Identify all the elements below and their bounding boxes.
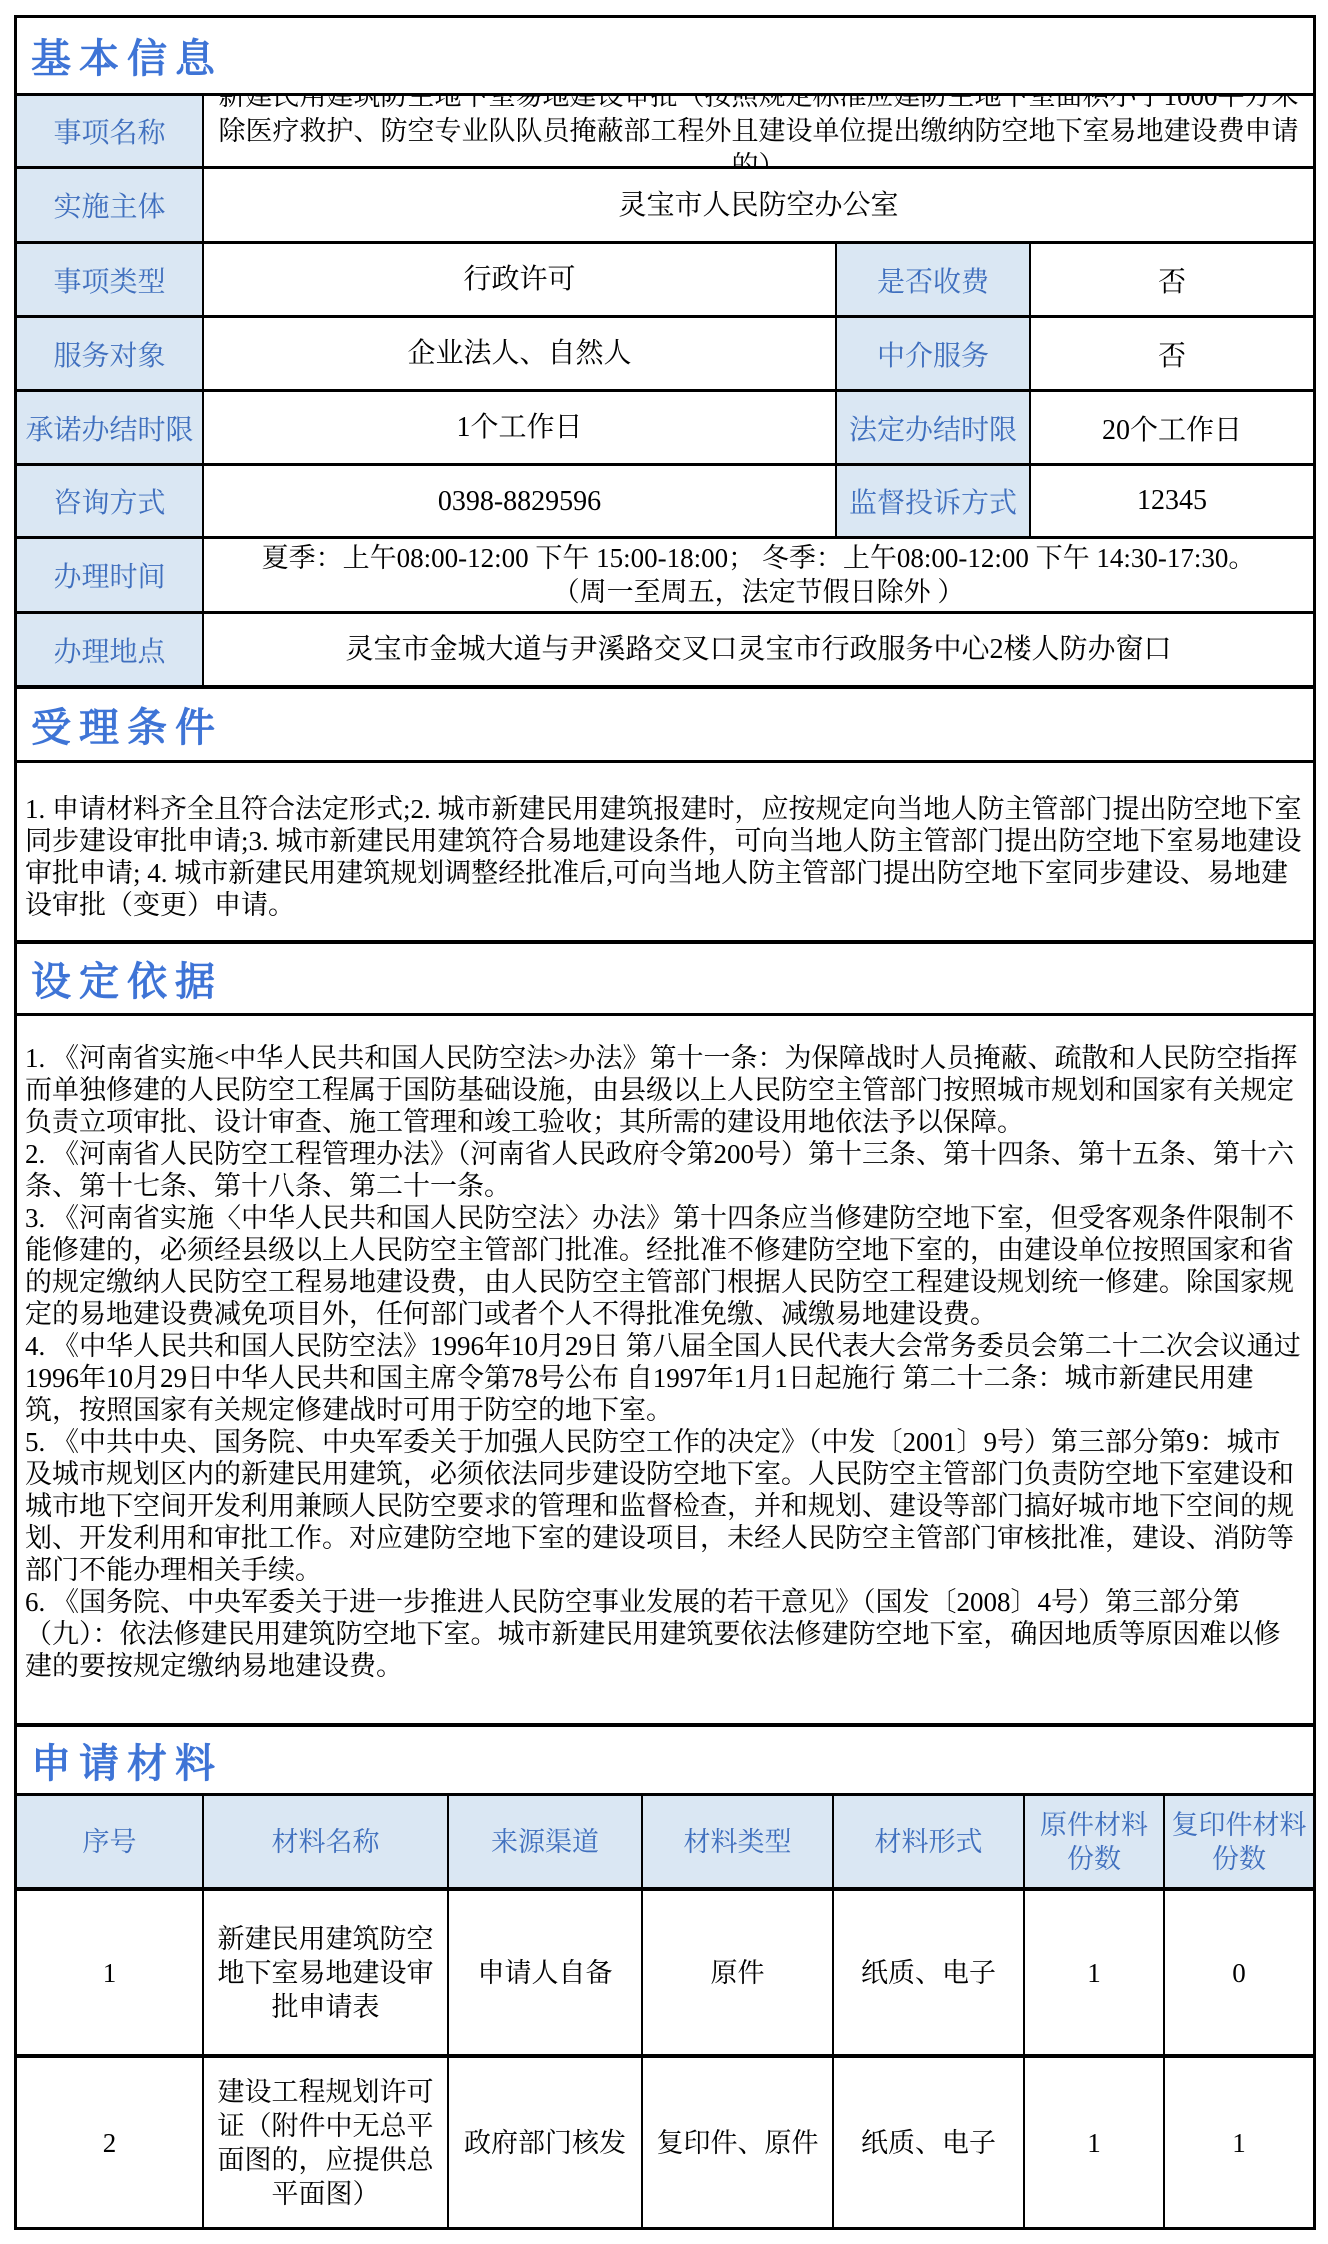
- label-item-type: 事项类型: [17, 244, 202, 315]
- material-2-form: 纸质、电子: [832, 2058, 1023, 2227]
- section-title-application-materials: 申请材料: [31, 1732, 223, 1789]
- label-service-target: 服务对象: [17, 318, 202, 389]
- legal-basis-item-6: 6. 《国务院、中央军委关于进一步推进人民防空事业发展的若干意见》（国发〔200…: [25, 1586, 1305, 1682]
- header-source-channel: 来源渠道: [447, 1796, 641, 1887]
- material-1-name: 新建民用建筑防空地下室易地建设审批申请表: [202, 1891, 447, 2054]
- label-implementing-body: 实施主体: [17, 169, 202, 241]
- legal-basis-item-2: 2. 《河南省人民防空工程管理办法》（河南省人民政府令第200号）第十三条、第十…: [25, 1138, 1305, 1202]
- legal-basis-item-3: 3. 《河南省实施〈中华人民共和国人民防空法〉办法》第十四条应当修建防空地下室，…: [25, 1202, 1305, 1330]
- handling-time-line-2: （周一至周五，法定节假日除外 ）: [553, 575, 965, 609]
- header-photocopy-copies: 复印件材料份数: [1163, 1796, 1313, 1887]
- material-2-type: 复印件、原件: [641, 2058, 832, 2227]
- row-promised-time-limit: 承诺办结时限 1个工作日 法定办结时限 20个工作日: [17, 389, 1313, 463]
- value-item-type: 行政许可: [202, 244, 835, 315]
- row-item-name: 事项名称 新建民用建筑防空地下室易地建设审批（按照规定标准应建防空地下室面积小于…: [17, 93, 1313, 166]
- header-material-type: 材料类型: [641, 1796, 832, 1887]
- value-fee-charged: 否: [1029, 244, 1313, 315]
- acceptance-conditions-content-row: 1. 申请材料齐全且符合法定形式;2. 城市新建民用建筑报建时，应按规定向当地人…: [17, 760, 1313, 940]
- material-1-source: 申请人自备: [447, 1891, 641, 2054]
- legal-basis-item-4: 4. 《中华人民共和国人民防空法》1996年10月29日 第八届全国人民代表大会…: [25, 1330, 1305, 1426]
- material-2-seq: 2: [17, 2058, 202, 2227]
- document-table: 基本信息 事项名称 新建民用建筑防空地下室易地建设审批（按照规定标准应建防空地下…: [14, 15, 1316, 2230]
- label-statutory-time-limit: 法定办结时限: [835, 392, 1029, 463]
- label-promised-time-limit: 承诺办结时限: [17, 392, 202, 463]
- material-1-type: 原件: [641, 1891, 832, 2054]
- materials-table-header-row: 序号 材料名称 来源渠道 材料类型 材料形式 原件材料份数 复印件材料份数: [17, 1793, 1313, 1887]
- label-consultation-method: 咨询方式: [17, 466, 202, 536]
- value-service-target: 企业法人、自然人: [202, 318, 835, 389]
- label-fee-charged: 是否收费: [835, 244, 1029, 315]
- section-title-basic-info: 基本信息: [31, 27, 223, 84]
- value-handling-location: 灵宝市金城大道与尹溪路交叉口灵宝市行政服务中心2楼人防办窗口: [202, 614, 1313, 685]
- material-2-source: 政府部门核发: [447, 2058, 641, 2227]
- materials-table-row-2: 2 建设工程规划许可证（附件中无总平面图的，应提供总平面图） 政府部门核发 复印…: [17, 2054, 1313, 2227]
- legal-basis-item-5: 5. 《中共中央、国务院、中央军委关于加强人民防空工作的决定》（中发〔2001〕…: [25, 1426, 1305, 1586]
- handling-time-line-1: 夏季：上午08:00-12:00 下午 15:00-18:00； 冬季：上午08…: [262, 541, 1256, 575]
- legal-basis-content-row: 1. 《河南省实施<中华人民共和国人民防空法>办法》第十一条：为保障战时人员掩蔽…: [17, 1013, 1313, 1723]
- material-1-seq: 1: [17, 1891, 202, 2054]
- material-1-form: 纸质、电子: [832, 1891, 1023, 2054]
- material-1-original-count: 1: [1023, 1891, 1163, 2054]
- header-material-name: 材料名称: [202, 1796, 447, 1887]
- row-handling-time: 办理时间 夏季：上午08:00-12:00 下午 15:00-18:00； 冬季…: [17, 536, 1313, 611]
- header-material-form: 材料形式: [832, 1796, 1023, 1887]
- row-implementing-body: 实施主体 灵宝市人民防空办公室: [17, 166, 1313, 241]
- section-legal-basis-title-row: 设定依据: [17, 940, 1313, 1013]
- value-supervision-hotline: 12345: [1029, 466, 1313, 536]
- label-supervision-complaint: 监督投诉方式: [835, 466, 1029, 536]
- row-consultation-method: 咨询方式 0398-8829596 监督投诉方式 12345: [17, 463, 1313, 536]
- materials-table-row-1: 1 新建民用建筑防空地下室易地建设审批申请表 申请人自备 原件 纸质、电子 1 …: [17, 1887, 1313, 2054]
- row-item-type: 事项类型 行政许可 是否收费 否: [17, 241, 1313, 315]
- label-handling-location: 办理地点: [17, 614, 202, 685]
- row-service-target: 服务对象 企业法人、自然人 中介服务 否: [17, 315, 1313, 389]
- label-handling-time: 办理时间: [17, 539, 202, 611]
- material-2-name: 建设工程规划许可证（附件中无总平面图的，应提供总平面图）: [202, 2058, 447, 2227]
- label-intermediary-service: 中介服务: [835, 318, 1029, 389]
- value-intermediary-service: 否: [1029, 318, 1313, 389]
- section-title-legal-basis: 设定依据: [31, 950, 223, 1007]
- legal-basis-item-1: 1. 《河南省实施<中华人民共和国人民防空法>办法》第十一条：为保障战时人员掩蔽…: [25, 1042, 1305, 1138]
- header-original-copies: 原件材料份数: [1023, 1796, 1163, 1887]
- material-1-copy-count: 0: [1163, 1891, 1313, 2054]
- acceptance-conditions-text: 1. 申请材料齐全且符合法定形式;2. 城市新建民用建筑报建时，应按规定向当地人…: [17, 763, 1313, 940]
- legal-basis-text: 1. 《河南省实施<中华人民共和国人民防空法>办法》第十一条：为保障战时人员掩蔽…: [17, 1016, 1313, 1723]
- value-implementing-body: 灵宝市人民防空办公室: [202, 169, 1313, 241]
- section-basic-info-title-row: 基本信息: [17, 18, 1313, 93]
- value-item-name: 新建民用建筑防空地下室易地建设审批（按照规定标准应建防空地下室面积小于1000平…: [202, 96, 1313, 166]
- value-consultation-phone: 0398-8829596: [202, 466, 835, 536]
- value-handling-time: 夏季：上午08:00-12:00 下午 15:00-18:00； 冬季：上午08…: [202, 539, 1313, 611]
- service-item-document: 基本信息 事项名称 新建民用建筑防空地下室易地建设审批（按照规定标准应建防空地下…: [0, 0, 1328, 2244]
- header-seq: 序号: [17, 1796, 202, 1887]
- value-statutory-time-limit: 20个工作日: [1029, 392, 1313, 463]
- material-2-copy-count: 1: [1163, 2058, 1313, 2227]
- value-promised-time-limit: 1个工作日: [202, 392, 835, 463]
- section-title-acceptance-conditions: 受理条件: [31, 696, 223, 753]
- row-handling-location: 办理地点 灵宝市金城大道与尹溪路交叉口灵宝市行政服务中心2楼人防办窗口: [17, 611, 1313, 685]
- section-acceptance-title-row: 受理条件: [17, 685, 1313, 760]
- material-2-original-count: 1: [1023, 2058, 1163, 2227]
- section-materials-title-row: 申请材料: [17, 1723, 1313, 1793]
- label-item-name: 事项名称: [17, 96, 202, 166]
